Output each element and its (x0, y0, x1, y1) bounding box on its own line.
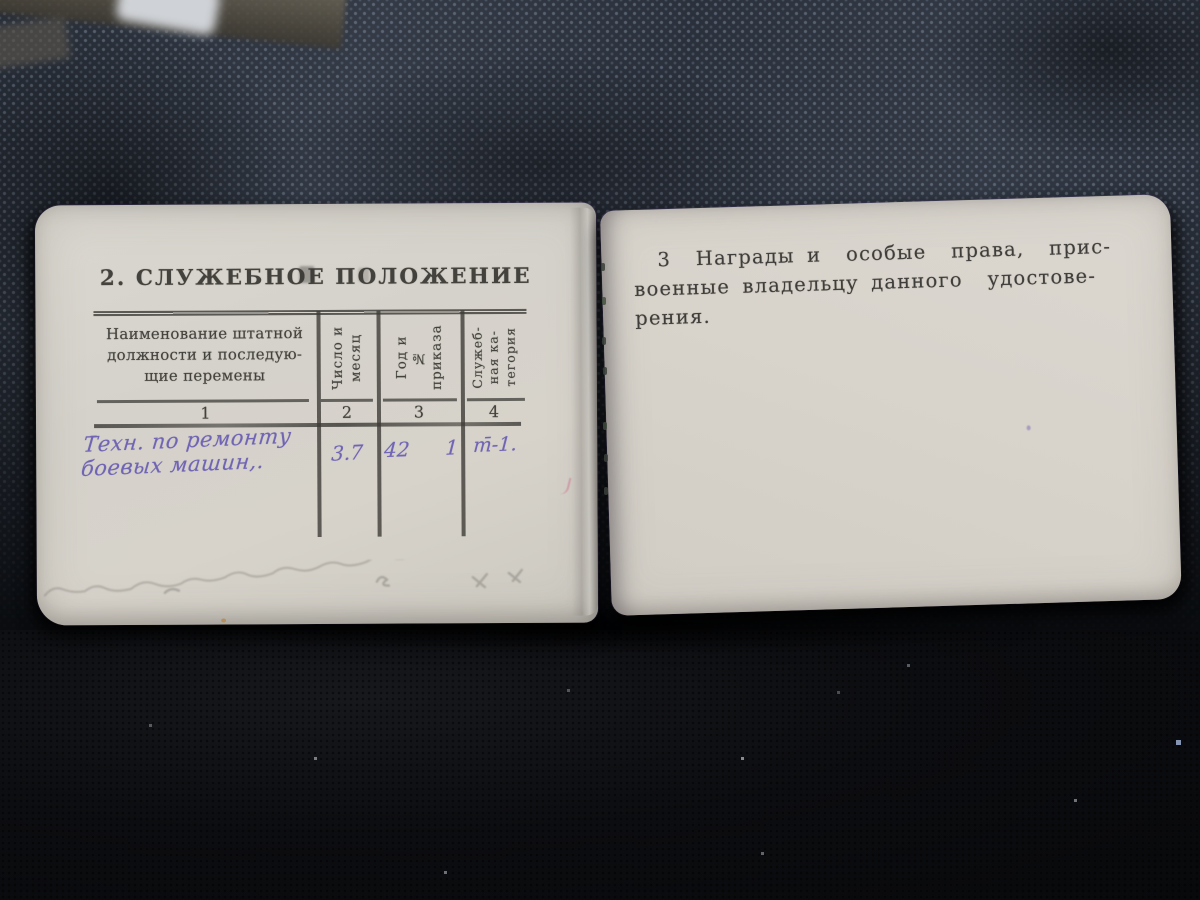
black-felt-background (0, 630, 1200, 900)
column-number-rule (321, 399, 373, 402)
spine-stitch (604, 454, 608, 462)
handwritten-date: 3.7 (317, 439, 378, 467)
handwritten-category: т̄-1. (462, 432, 527, 458)
handwritten-order-number: 1 (445, 435, 459, 460)
header-line: ная ка- (487, 330, 502, 384)
header-line: № (412, 349, 428, 366)
header-line: Служеб- (470, 326, 485, 389)
booklet-right-page: 3 Награды и особые права, прис- военные … (600, 194, 1182, 616)
header-line: приказа (429, 325, 445, 391)
column-number-rule (467, 398, 525, 401)
handwritten-year: 42 (383, 437, 410, 462)
service-position-table: Наименование штатной должности и последу… (93, 309, 527, 543)
header-line: щие перемены (96, 365, 314, 387)
column-header-day-month: Число и месяц (319, 316, 374, 400)
handwritten-year-and-order: 42 1 (380, 435, 472, 463)
spine-stitch (601, 263, 605, 271)
column-header-year-order: Год и № приказа (380, 315, 458, 399)
handwritten-position-entry: Т̄ехн. по ремонту боевых машин,. (80, 422, 326, 481)
awards-section-paragraph: 3 Награды и особые права, прис- военные … (633, 231, 1153, 333)
spine-stitch (603, 367, 607, 375)
section-title: 2. СЛУЖЕБНОЕ ПОЛОЖЕНИЕ (35, 264, 596, 292)
ink-blot (299, 266, 314, 283)
column-number: 2 (317, 403, 377, 422)
column-number: 1 (94, 403, 317, 423)
stain-dot (221, 618, 226, 622)
ink-blot (358, 268, 369, 282)
booklet-left-page: 2. СЛУЖЕБНОЕ ПОЛОЖЕНИЕ Наименование штат… (35, 203, 598, 626)
page-edge-highlight (570, 208, 598, 616)
column-header-position: Наименование штатной должности и последу… (96, 323, 314, 387)
header-line: тегория (503, 327, 518, 387)
spine-stitch (603, 422, 607, 430)
faint-ink-speck (1027, 425, 1031, 430)
dust-specks (0, 630, 1, 631)
column-number-rule (97, 399, 309, 403)
header-line: должности и последую- (96, 344, 314, 366)
faint-red-mark (556, 476, 571, 496)
faint-pencil-scribble (37, 559, 542, 608)
column-number-rule (383, 398, 457, 401)
header-line: Наименование штатной (96, 323, 314, 345)
column-number: 3 (377, 402, 461, 421)
column-header-service-category: Служеб- ная ка- тегория (463, 315, 524, 399)
header-line: Число и (331, 326, 347, 390)
column-number: 4 (461, 402, 527, 421)
photo-scene: 2. СЛУЖЕБНОЕ ПОЛОЖЕНИЕ Наименование штат… (0, 0, 1200, 900)
spine-stitch (602, 337, 606, 345)
spine-stitch (604, 487, 608, 495)
header-line: Год и (394, 336, 410, 380)
header-line: месяц (348, 334, 364, 382)
spine-stitch (602, 297, 606, 305)
